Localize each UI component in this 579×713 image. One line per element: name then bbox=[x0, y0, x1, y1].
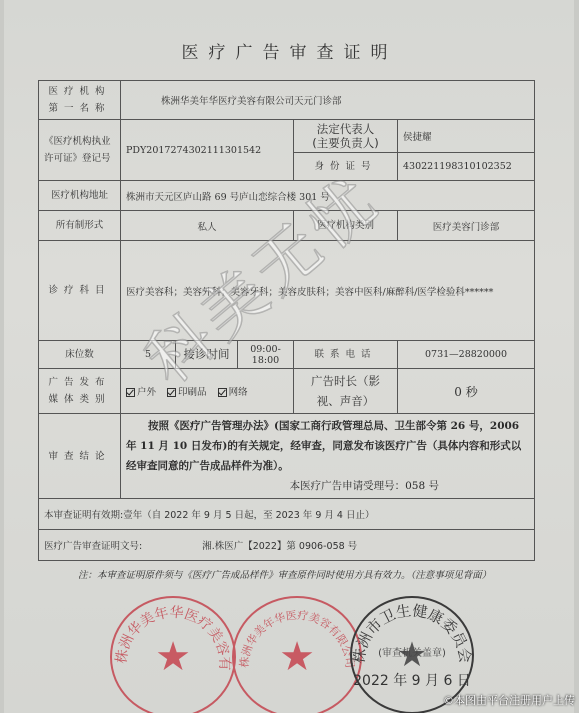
footnote: 注：本审查证明原件须与《医疗广告成品样件》审查原件同时使用方具有效力。（注意事项… bbox=[78, 568, 548, 584]
checkbox-checked-icon bbox=[218, 388, 227, 397]
hours-label: 接诊时间 bbox=[176, 341, 238, 369]
validity-period: 本审查证明有效期:壹年（自 2022 年 9 月 5 日起，至 2023 年 9… bbox=[39, 499, 535, 530]
beds-value: 5 bbox=[121, 341, 176, 369]
duration-value: 0 秒 bbox=[398, 369, 535, 414]
address-value: 株洲市天元区庐山路 69 号庐山恋综合楼 301 号 bbox=[121, 181, 535, 211]
media-label: 广告发布媒体类别 bbox=[39, 369, 121, 414]
star-icon: ★ bbox=[279, 637, 315, 677]
checkbox-checked-icon bbox=[126, 388, 135, 397]
application-reference: 本医疗广告申请受理号：058 号 bbox=[126, 476, 529, 496]
hours-value: 09:00-18:00 bbox=[238, 341, 294, 369]
legal-rep-value: 侯捷耀 bbox=[398, 120, 535, 153]
media-option-print[interactable]: 印刷品 bbox=[167, 384, 207, 398]
license-no-label: 《医疗机构执业许可证》登记号 bbox=[39, 120, 121, 181]
institution-name-value: 株洲华美年华医疗美容有限公司天元门诊部 bbox=[121, 81, 535, 120]
beds-label: 床位数 bbox=[39, 341, 121, 369]
row-license-legal-rep: 《医疗机构执业许可证》登记号 PDY2017274302111301542 法定… bbox=[39, 120, 535, 153]
row-ownership-category: 所有制形式 私人 医疗机构类别 医疗美容门诊部 bbox=[39, 211, 535, 241]
row-media-duration: 广告发布媒体类别 户外 印刷品 网络 广告时长（影视、声音） 0 秒 bbox=[39, 369, 535, 414]
ownership-value: 私人 bbox=[121, 211, 294, 241]
address-label: 医疗机构地址 bbox=[39, 181, 121, 211]
row-address: 医疗机构地址 株洲市天元区庐山路 69 号庐山恋综合楼 301 号 bbox=[39, 181, 535, 211]
doc-number-label: 医疗广告审查证明文号: bbox=[44, 541, 142, 552]
media-option-outdoor[interactable]: 户外 bbox=[126, 384, 156, 398]
conclusion-value: 按照《医疗广告管理办法》(国家工商行政管理总局、卫生部令第 26 号，2006 … bbox=[121, 414, 535, 499]
upload-credit: ©本图由平台注册用户上传 bbox=[443, 692, 575, 708]
doc-number: 医疗广告审查证明文号:湘.株医广【2022】第 0906-058 号 bbox=[39, 530, 535, 561]
conclusion-label: 审查结论 bbox=[39, 414, 121, 499]
departments-label: 诊疗科目 bbox=[39, 241, 121, 341]
phone-value: 0731—28820000 bbox=[398, 341, 535, 369]
duration-label: 广告时长（影视、声音） bbox=[294, 369, 398, 414]
phone-label: 联系电话 bbox=[294, 341, 398, 369]
row-beds-hours-phone: 床位数 5 接诊时间 09:00-18:00 联系电话 0731—2882000… bbox=[39, 341, 535, 369]
row-institution-name: 医疗机构第一名称 株洲华美年华医疗美容有限公司天元门诊部 bbox=[39, 81, 535, 120]
id-no-label: 身份证号 bbox=[294, 153, 398, 181]
legal-rep-label: 法定代表人(主要负责人) bbox=[294, 120, 398, 153]
category-value: 医疗美容门诊部 bbox=[398, 211, 535, 241]
star-icon: ★ bbox=[155, 637, 191, 677]
row-departments: 诊疗科目 医疗美容科；美容外科；美容牙科；美容皮肤科；美容中医科/麻醉科/医学检… bbox=[39, 241, 535, 341]
row-conclusion: 审查结论 按照《医疗广告管理办法》(国家工商行政管理总局、卫生部令第 26 号，… bbox=[39, 414, 535, 499]
media-option-internet[interactable]: 网络 bbox=[218, 384, 248, 398]
row-doc-number: 医疗广告审查证明文号:湘.株医广【2022】第 0906-058 号 bbox=[39, 530, 535, 561]
license-no-value: PDY2017274302111301542 bbox=[121, 120, 294, 181]
media-options: 户外 印刷品 网络 bbox=[121, 369, 294, 414]
document-title: 医疗广告审查证明 bbox=[0, 38, 579, 63]
row-validity: 本审查证明有效期:壹年（自 2022 年 9 月 5 日起，至 2023 年 9… bbox=[39, 499, 535, 530]
conclusion-text: 按照《医疗广告管理办法》(国家工商行政管理总局、卫生部令第 26 号，2006 … bbox=[126, 416, 529, 476]
checkbox-checked-icon bbox=[167, 388, 176, 397]
institution-name-label: 医疗机构第一名称 bbox=[39, 81, 121, 120]
id-no-value: 430221198310102352 bbox=[398, 153, 535, 181]
category-label: 医疗机构类别 bbox=[294, 211, 398, 241]
certificate-form-table: 医疗机构第一名称 株洲华美年华医疗美容有限公司天元门诊部 《医疗机构执业许可证》… bbox=[38, 80, 535, 561]
company-seal-stamp: 株洲华美年华医疗美容有限公司 ★ bbox=[110, 596, 236, 713]
clinic-seal-stamp: 株洲华美年华医疗美容有限公司天元门诊部 ★ bbox=[232, 596, 362, 713]
stamp-date: 2022 年 9 月 6 日 bbox=[352, 670, 472, 690]
ownership-label: 所有制形式 bbox=[39, 211, 121, 241]
stamp-subtext: (审查机关盖章) bbox=[352, 644, 472, 659]
doc-number-value: 湘.株医广【2022】第 0906-058 号 bbox=[202, 541, 357, 552]
departments-value: 医疗美容科；美容外科；美容牙科；美容皮肤科；美容中医科/麻醉科/医学检验科***… bbox=[121, 241, 535, 341]
